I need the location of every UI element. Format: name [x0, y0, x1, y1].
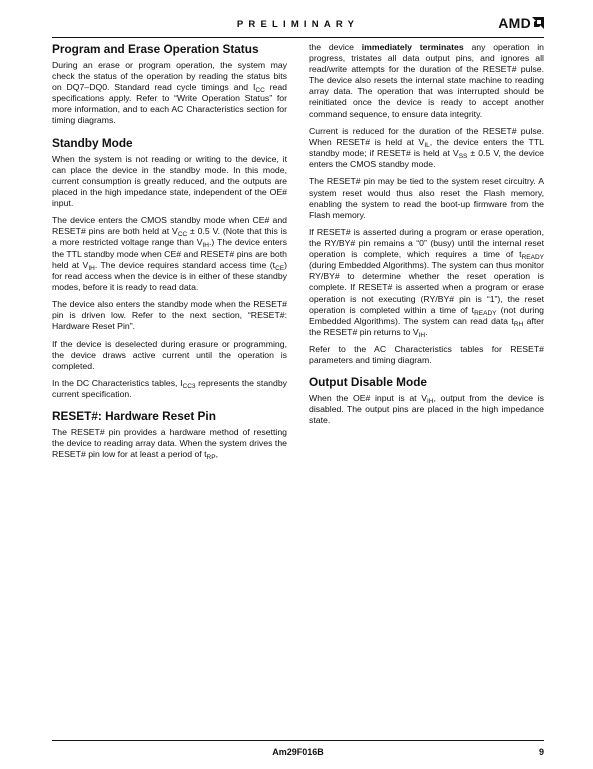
left-column: Program and Erase Operation Status Durin… [52, 42, 287, 467]
section-standby-mode: Standby Mode When the system is not read… [52, 136, 287, 401]
paragraph: During an erase or program operation, th… [52, 60, 287, 127]
paragraph: the device immediately terminates any op… [309, 42, 544, 120]
heading-standby-mode: Standby Mode [52, 136, 287, 150]
paragraph: The RESET# pin may be tied to the system… [309, 176, 544, 220]
heading-output-disable: Output Disable Mode [309, 375, 544, 389]
section-output-disable: Output Disable Mode When the OE# input i… [309, 375, 544, 426]
page-footer: Am29F016B 9 [52, 740, 544, 741]
paragraph: The device also enters the standby mode … [52, 299, 287, 332]
right-column: the device immediately terminates any op… [309, 42, 544, 433]
paragraph: If the device is deselected during erasu… [52, 339, 287, 372]
paragraph: If RESET# is asserted during a program o… [309, 227, 544, 338]
page-header: PRELIMINARY AMD [52, 14, 544, 38]
paragraph: Refer to the AC Characteristics tables f… [309, 344, 544, 366]
paragraph: The RESET# pin provides a hardware metho… [52, 427, 287, 460]
paragraph: When the OE# input is at VIH, output fro… [309, 393, 544, 426]
paragraph: When the system is not reading or writin… [52, 154, 287, 209]
page-number: 9 [539, 747, 544, 757]
section-program-erase-status: Program and Erase Operation Status Durin… [52, 42, 287, 127]
amd-logo-text: AMD [498, 15, 531, 31]
document-id: Am29F016B [52, 747, 544, 757]
preliminary-label: PRELIMINARY [52, 19, 544, 30]
heading-reset-pin: RESET#: Hardware Reset Pin [52, 409, 287, 423]
heading-program-erase-status: Program and Erase Operation Status [52, 42, 287, 56]
amd-logo: AMD [498, 15, 544, 31]
paragraph: In the DC Characteristics tables, ICC3 r… [52, 378, 287, 400]
amd-arrow-icon [532, 17, 544, 29]
paragraph: The device enters the CMOS standby mode … [52, 215, 287, 293]
section-reset-pin: RESET#: Hardware Reset Pin The RESET# pi… [52, 409, 287, 460]
paragraph: Current is reduced for the duration of t… [309, 126, 544, 170]
